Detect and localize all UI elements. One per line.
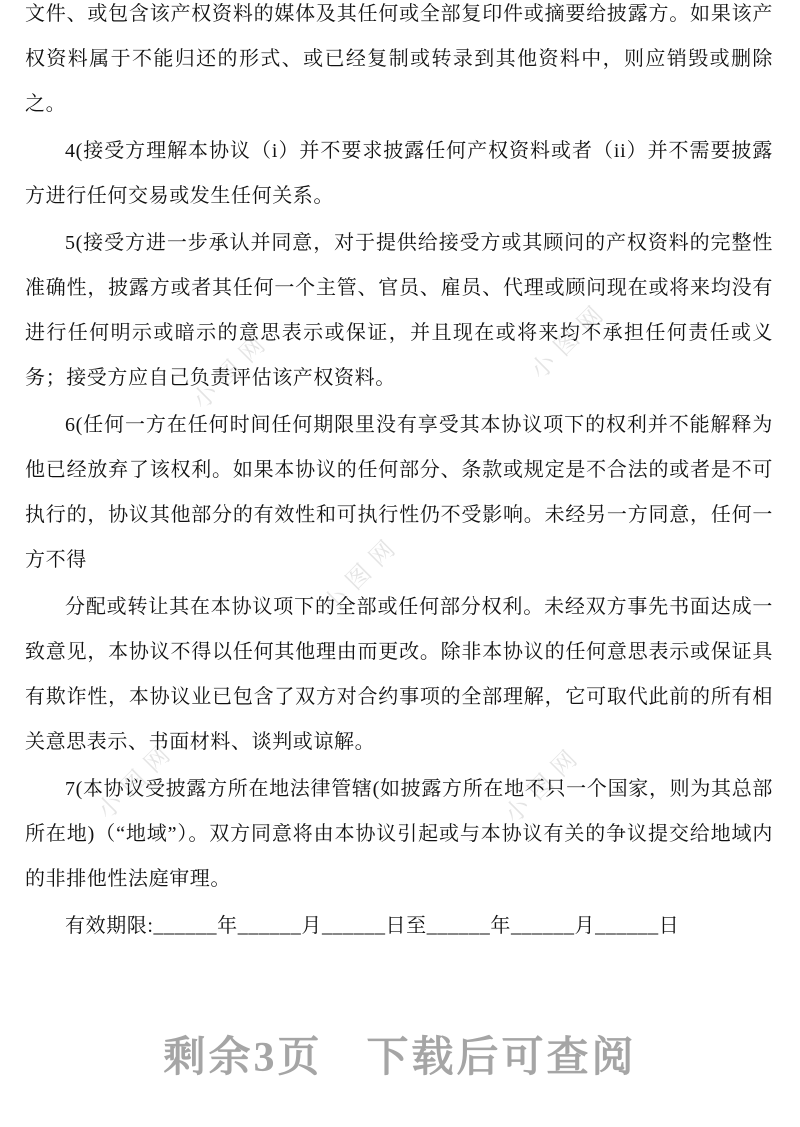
- paragraph-continuation: 文件、或包含该产权资料的媒体及其任何或全部复印件或摘要给披露方。如果该产权资料属…: [25, 0, 773, 127]
- document-page: 小图网 小图网 小图网 小图网 小图网 文件、或包含该产权资料的媒体及其任何或全…: [0, 0, 800, 1127]
- remaining-pages-banner: 剩余3页下载后可查阅: [0, 1024, 800, 1084]
- validity-period-line: 有效期限:______年______月______日至______年______…: [25, 904, 773, 949]
- clause-7-paragraph: 7(本协议受披露方所在地法律管辖(如披露方所在地不只一个国家，则为其总部所在地)…: [25, 767, 773, 902]
- document-body: 文件、或包含该产权资料的媒体及其任何或全部复印件或摘要给披露方。如果该产权资料属…: [0, 0, 800, 949]
- remaining-pages-count: 剩余3页: [163, 1035, 322, 1081]
- clause-6-paragraph: 6(任何一方在任何时间任何期限里没有享受其本协议项下的权利并不能解释为他已经放弃…: [25, 403, 773, 583]
- clause-5-paragraph: 5(接受方进一步承认并同意，对于提供给接受方或其顾问的产权资料的完整性准确性，披…: [25, 221, 773, 401]
- clause-6-continuation-paragraph: 分配或转让其在本协议项下的全部或任何部分权利。未经双方事先书面达成一致意见，本协…: [25, 585, 773, 765]
- download-hint: 下载后可查阅: [367, 1035, 637, 1081]
- clause-4-paragraph: 4(接受方理解本协议（i）并不要求披露任何产权资料或者（ii）并不需要披露方进行…: [25, 129, 773, 219]
